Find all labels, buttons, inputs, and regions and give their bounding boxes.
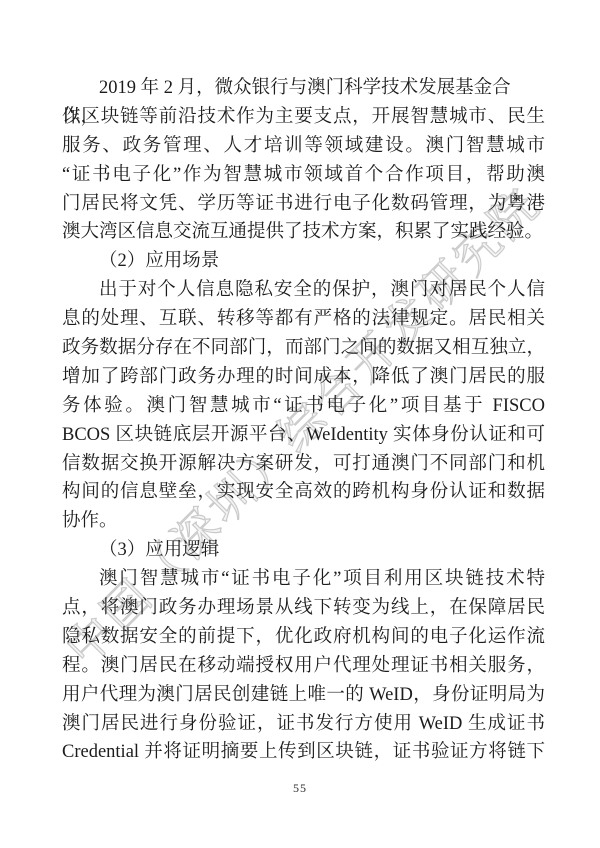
text-line: 息的处理、互联、转移等都有严格的法律规定。居民相关 bbox=[62, 305, 545, 334]
text-line: 点，将澳门政务办理场景从线下转变为线上，在保障居民 bbox=[62, 594, 545, 623]
text-line: 澳门智慧城市“证书电子化”项目利用区块链技术特 bbox=[62, 565, 545, 594]
text-line: 出于对个人信息隐私安全的保护，澳门对居民个人信 bbox=[62, 276, 545, 305]
text-line: 增加了跨部门政务办理的时间成本，降低了澳门居民的服 bbox=[62, 363, 545, 392]
text-line: 务体验。澳门智慧城市“证书电子化”项目基于 FISCO bbox=[62, 392, 545, 421]
text-line: 信数据交换开源解决方案研发，可打通澳门不同部门和机 bbox=[62, 450, 545, 479]
text-line: 2019 年 2 月，微众银行与澳门科学技术发展基金合作， bbox=[62, 74, 545, 103]
page-number: 55 bbox=[0, 781, 600, 796]
text-line: 隐私数据安全的前提下，优化政府机构间的电子化运作流 bbox=[62, 623, 545, 652]
text-line: “证书电子化”作为智慧城市领域首个合作项目，帮助澳 bbox=[62, 161, 545, 190]
text-line: 门居民将文凭、学历等证书进行电子化数码管理，为粤港 bbox=[62, 190, 545, 219]
text-line: 协作。 bbox=[62, 507, 545, 536]
text-line: 政务数据分存在不同部门，而部门之间的数据又相互独立， bbox=[62, 334, 545, 363]
text-line: 澳门居民进行身份验证，证书发行方使用 WeID 生成证书 bbox=[62, 710, 545, 739]
body-text: 2019 年 2 月，微众银行与澳门科学技术发展基金合作， 以区块链等前沿技术作… bbox=[62, 74, 545, 767]
text-line: 以区块链等前沿技术作为主要支点，开展智慧城市、民生 bbox=[62, 103, 545, 132]
text-line: 澳大湾区信息交流互通提供了技术方案，积累了实践经验。 bbox=[62, 218, 545, 247]
text-line: 程。澳门居民在移动端授权用户代理处理证书相关服务， bbox=[62, 652, 545, 681]
text-line: Credential 并将证明摘要上传到区块链，证书验证方将链下 bbox=[62, 738, 545, 767]
document-page: 中国（深圳）综合开发研究院 2019 年 2 月，微众银行与澳门科学技术发展基金… bbox=[0, 0, 600, 848]
section-heading: （3）应用逻辑 bbox=[62, 536, 545, 565]
section-heading: （2）应用场景 bbox=[62, 247, 545, 276]
text-line: 构间的信息壁垒，实现安全高效的跨机构身份认证和数据 bbox=[62, 478, 545, 507]
text-line: BCOS 区块链底层开源平台、WeIdentity 实体身份认证和可 bbox=[62, 421, 545, 450]
text-line: 用户代理为澳门居民创建链上唯一的 WeID，身份证明局为 bbox=[62, 681, 545, 710]
text-line: 服务、政务管理、人才培训等领域建设。澳门智慧城市 bbox=[62, 132, 545, 161]
